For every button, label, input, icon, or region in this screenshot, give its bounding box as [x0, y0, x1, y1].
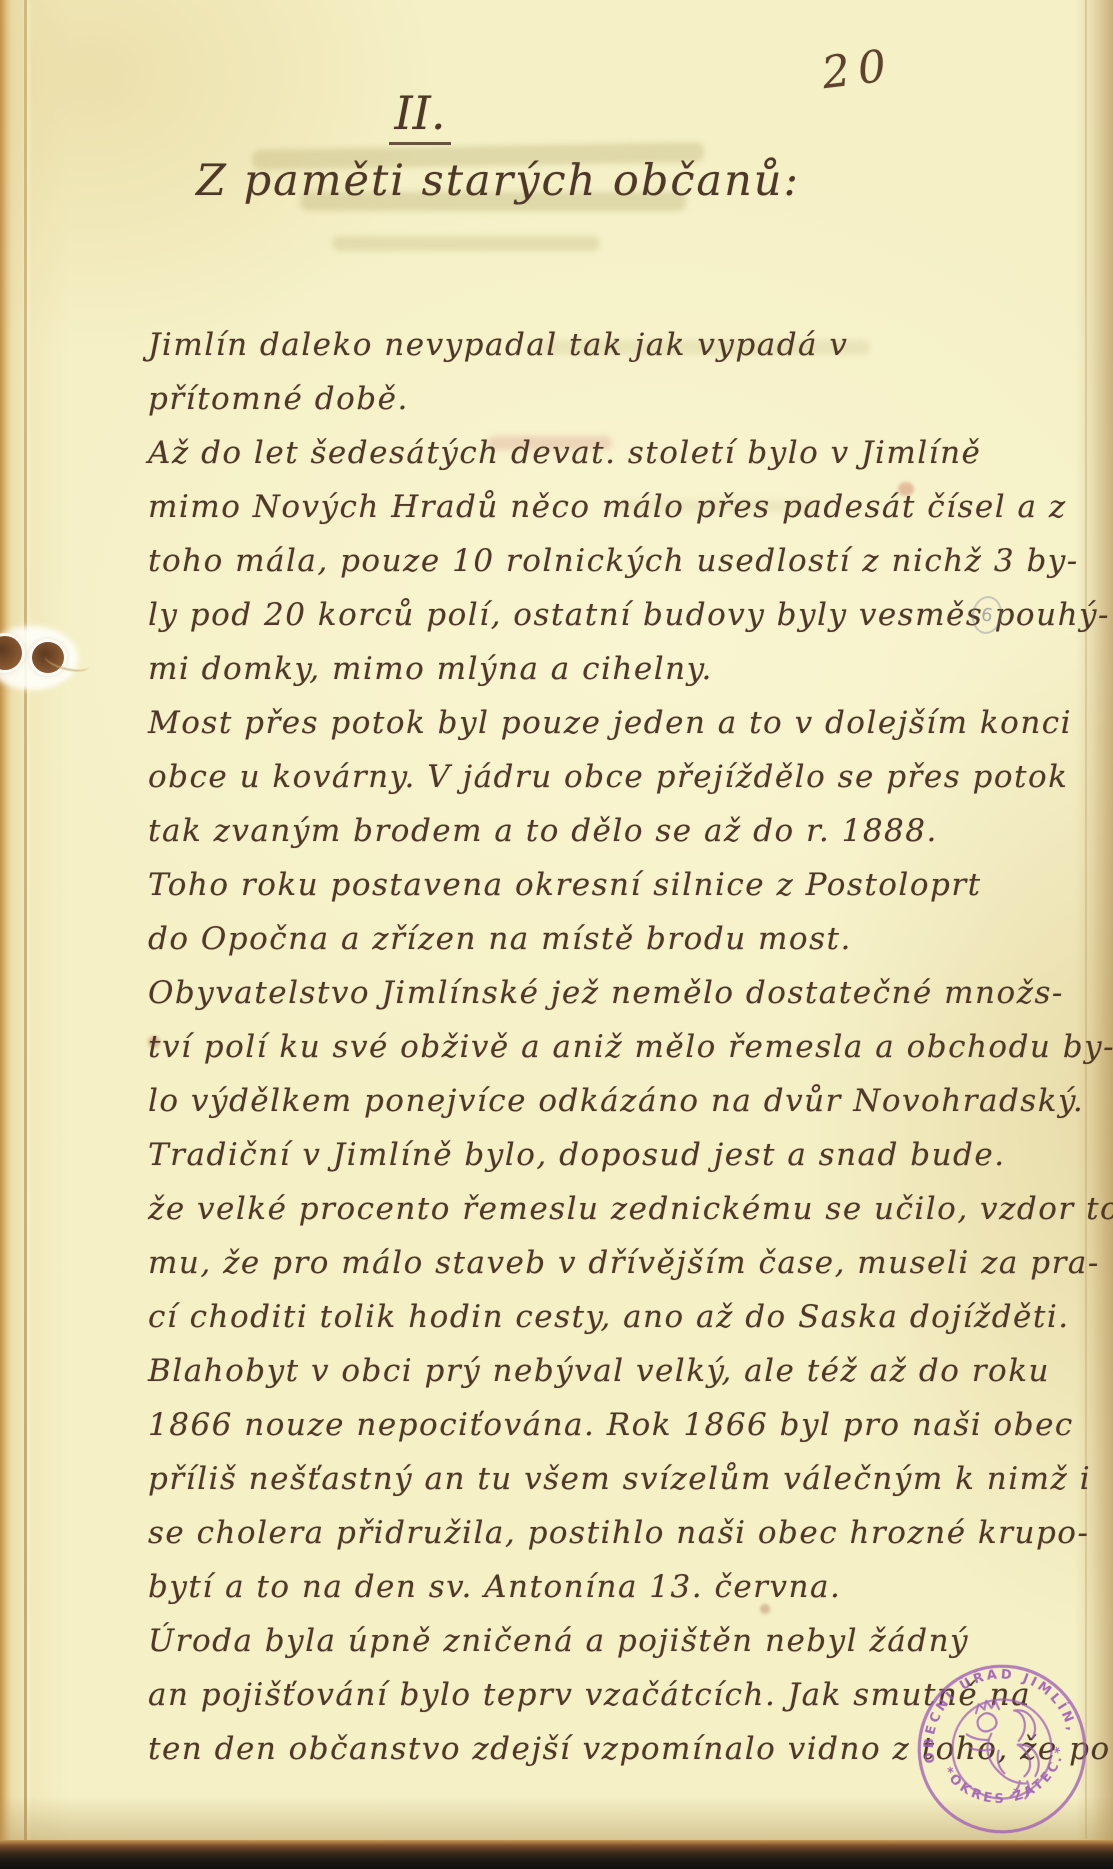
binding-crease	[24, 0, 27, 1841]
text-line: příliš nešťastný an tu všem svízelům vál…	[148, 1452, 1040, 1506]
text-line: obce u kovárny. V jádru obce přejíždělo …	[148, 750, 1040, 804]
paragraph: Tradiční v Jimlíně bylo, doposud jest a …	[148, 1128, 1040, 1344]
page-left-edge	[0, 0, 12, 1869]
paragraph: Až do let šedesátých devat. století bylo…	[148, 426, 1040, 696]
text-line: Toho roku postavena okresní silnice z Po…	[148, 858, 1040, 912]
page-title: Z paměti starých občanů:	[188, 156, 808, 206]
chapter-heading: II.	[330, 86, 510, 145]
text-line: Blahobyt v obci prý nebýval velký, ale t…	[148, 1344, 1040, 1398]
text-line: přítomné době.	[148, 372, 1040, 426]
text-line: 1866 nouze nepociťována. Rok 1866 byl pr…	[148, 1398, 1040, 1452]
text-line: Až do let šedesátých devat. století bylo…	[148, 426, 1040, 480]
paragraph: Blahobyt v obci prý nebýval velký, ale t…	[148, 1344, 1040, 1614]
text-line: tví polí ku své obživě a aniž mělo řemes…	[148, 1020, 1040, 1074]
bleedthrough-smudge	[332, 236, 600, 251]
text-line: do Opočna a zřízen na místě brodu most.	[148, 912, 1040, 966]
chapter-numeral: II.	[389, 86, 452, 145]
handwritten-text-block: Jimlín daleko nevypadal tak jak vypadá v…	[148, 318, 1040, 1776]
text-line: ly pod 20 korců polí, ostatní budovy byl…	[148, 588, 1040, 642]
chronicle-page-scan: 20 II. Z paměti starých občanů: Jimlín d…	[0, 0, 1113, 1869]
text-line: lo výdělkem ponejvíce odkázáno na dvůr N…	[148, 1074, 1040, 1128]
page-number: 20	[819, 40, 897, 99]
stamp-graphic: OBECNÍ ÚŘAD JIMLÍN, *OKRES ŽATEC.*	[895, 1639, 1110, 1858]
text-line: cí choditi tolik hodin cesty, ano až do …	[148, 1290, 1040, 1344]
text-line: Most přes potok byl pouze jeden a to v d…	[148, 696, 1040, 750]
text-line: Úroda byla úpně zničená a pojištěn nebyl…	[148, 1614, 1040, 1668]
text-line: se cholera přidružila, postihlo naši obe…	[148, 1506, 1040, 1560]
text-line: mi domky, mimo mlýna a cihelny.	[148, 642, 1040, 696]
text-line: tak zvaným brodem a to dělo se až do r. …	[148, 804, 1040, 858]
paragraph: Most přes potok byl pouze jeden a to v d…	[148, 696, 1040, 858]
text-line: toho mála, pouze 10 rolnických usedlostí…	[148, 534, 1040, 588]
paragraph: Toho roku postavena okresní silnice z Po…	[148, 858, 1040, 966]
text-line: Obyvatelstvo Jimlínské jež nemělo dostat…	[148, 966, 1040, 1020]
municipal-stamp: OBECNÍ ÚŘAD JIMLÍN, *OKRES ŽATEC.*	[895, 1639, 1110, 1858]
paragraph: Jimlín daleko nevypadal tak jak vypadá v…	[148, 318, 1040, 426]
text-line: bytí a to na den sv. Antonína 13. června…	[148, 1560, 1040, 1614]
text-line: Jimlín daleko nevypadal tak jak vypadá v	[148, 318, 1040, 372]
paragraph: Obyvatelstvo Jimlínské jež nemělo dostat…	[148, 966, 1040, 1128]
page-right-edge	[1075, 0, 1113, 1869]
text-line: mu, že pro málo staveb v dřívějším čase,…	[148, 1236, 1040, 1290]
page-right-fold	[1085, 0, 1087, 1839]
text-line: mimo Nových Hradů něco málo přes padesát…	[148, 480, 1040, 534]
text-line: že velké procento řemeslu zednickému se …	[148, 1182, 1040, 1236]
text-line: Tradiční v Jimlíně bylo, doposud jest a …	[148, 1128, 1040, 1182]
